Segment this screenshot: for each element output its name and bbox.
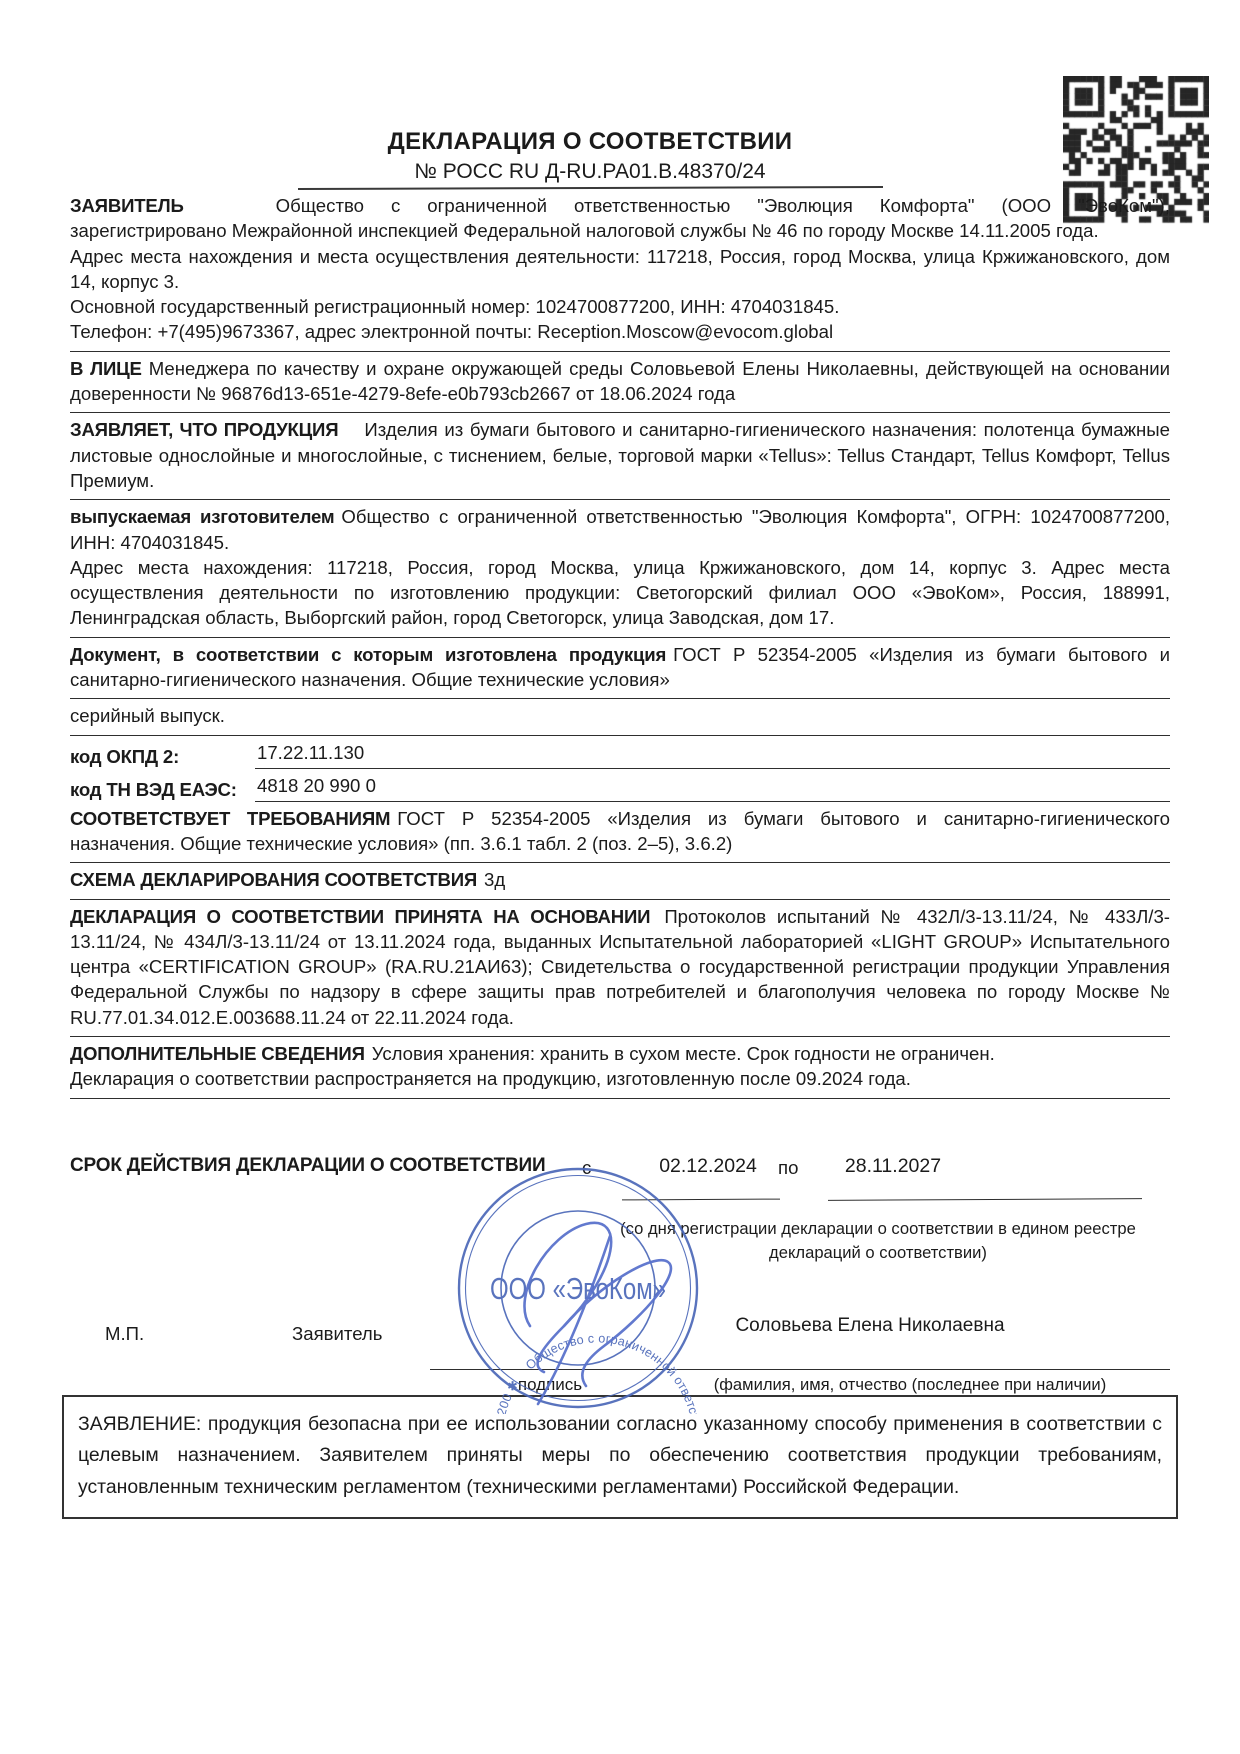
additional-text2: Декларация о соответствии распространяет… (70, 1066, 1170, 1091)
validity-to-date: 28.11.2027 (828, 1155, 958, 1178)
scheme-value: 3д (484, 869, 505, 890)
page-title: ДЕКЛАРАЦИЯ О СООТВЕТСТВИИ (40, 128, 1140, 156)
applicant-ogrn: Основной государственный регистрационный… (70, 294, 1170, 319)
okpd-label: код ОКПД 2: (70, 744, 255, 769)
applicant-phone: Телефон: +7(495)9673367, адрес электронн… (70, 319, 1170, 344)
scheme-label: СХЕМА ДЕКЛАРИРОВАНИЯ СООТВЕТСТВИЯ (70, 869, 477, 890)
statement-text: ЗАЯВЛЕНИЕ: продукция безопасна при ее ис… (78, 1413, 1162, 1498)
in-person-text: Менеджера по качеству и охране окружающе… (70, 358, 1170, 404)
additional-text: Условия хранения: хранить в сухом месте.… (372, 1043, 995, 1064)
name-underline (650, 1369, 1170, 1370)
section-manufacturer: выпускаемая изготовителемОбщество с огра… (70, 500, 1170, 637)
section-basis: ДЕКЛАРАЦИЯ О СООТВЕТСТВИИ ПРИНЯТА НА ОСН… (70, 900, 1170, 1037)
section-product: ЗАЯВЛЯЕТ, ЧТО ПРОДУКЦИЯИзделия из бумаги… (70, 413, 1170, 500)
tnved-value: 4818 20 990 0 (255, 773, 1170, 802)
section-serial: серийный выпуск. (70, 699, 1170, 735)
validity-to-underline (828, 1198, 1142, 1201)
name-caption: (фамилия, имя, отчество (последнее при н… (640, 1375, 1180, 1395)
applicant-label: ЗАЯВИТЕЛЬ (70, 195, 184, 216)
section-applicant: ЗАЯВИТЕЛЬОбщество с ограниченной ответст… (70, 189, 1170, 352)
product-label: ЗАЯВЛЯЕТ, ЧТО ПРОДУКЦИЯ (70, 419, 338, 440)
section-additional: ДОПОЛНИТЕЛЬНЫЕ СВЕДЕНИЯУсловия хранения:… (70, 1037, 1170, 1099)
document-standard-label: Документ, в соответствии с которым изгот… (70, 644, 666, 665)
section-okpd-code: код ОКПД 2: 17.22.11.130 (70, 736, 1170, 769)
additional-label: ДОПОЛНИТЕЛЬНЫЕ СВЕДЕНИЯ (70, 1043, 365, 1064)
section-scheme: СХЕМА ДЕКЛАРИРОВАНИЯ СООТВЕТСТВИЯ3д (70, 863, 1170, 899)
okpd-value: 17.22.11.130 (255, 740, 1170, 769)
signatory-role-label: Заявитель (292, 1323, 382, 1345)
serial-text: серийный выпуск. (70, 703, 1170, 728)
complies-label: СООТВЕТСТВУЕТ ТРЕБОВАНИЯМ (70, 808, 390, 829)
applicant-text: Общество с ограниченной ответственностью… (70, 195, 1170, 241)
basis-label: ДЕКЛАРАЦИЯ О СООТВЕТСТВИИ ПРИНЯТА НА ОСН… (70, 906, 650, 927)
declaration-document: ДЕКЛАРАЦИЯ О СООТВЕТСТВИИ № РОСС RU Д-RU… (0, 0, 1240, 1754)
applicant-address: Адрес места нахождения и места осуществл… (70, 244, 1170, 295)
in-person-label: В ЛИЦЕ (70, 358, 142, 379)
tnved-label: код ТН ВЭД ЕАЭС: (70, 777, 255, 802)
manufacturer-label: выпускаемая изготовителем (70, 506, 334, 527)
section-document-standard: Документ, в соответствии с которым изгот… (70, 638, 1170, 700)
section-in-person: В ЛИЦЕМенеджера по качеству и охране окр… (70, 352, 1170, 414)
section-complies: СООТВЕТСТВУЕТ ТРЕБОВАНИЯМГОСТ Р 52354-20… (70, 802, 1170, 864)
declaration-number: № РОСС RU Д-RU.РА01.В.48370/24 (40, 160, 1140, 184)
title-block: ДЕКЛАРАЦИЯ О СООТВЕТСТВИИ № РОСС RU Д-RU… (40, 128, 1140, 189)
signature-stroke-icon (468, 1178, 710, 1410)
section-tnved-code: код ТН ВЭД ЕАЭС: 4818 20 990 0 (70, 769, 1170, 802)
validity-to-label: по (778, 1157, 798, 1179)
stamp-place-label: М.П. (105, 1323, 144, 1345)
manufacturer-address: Адрес места нахождения: 117218, Россия, … (70, 555, 1170, 631)
